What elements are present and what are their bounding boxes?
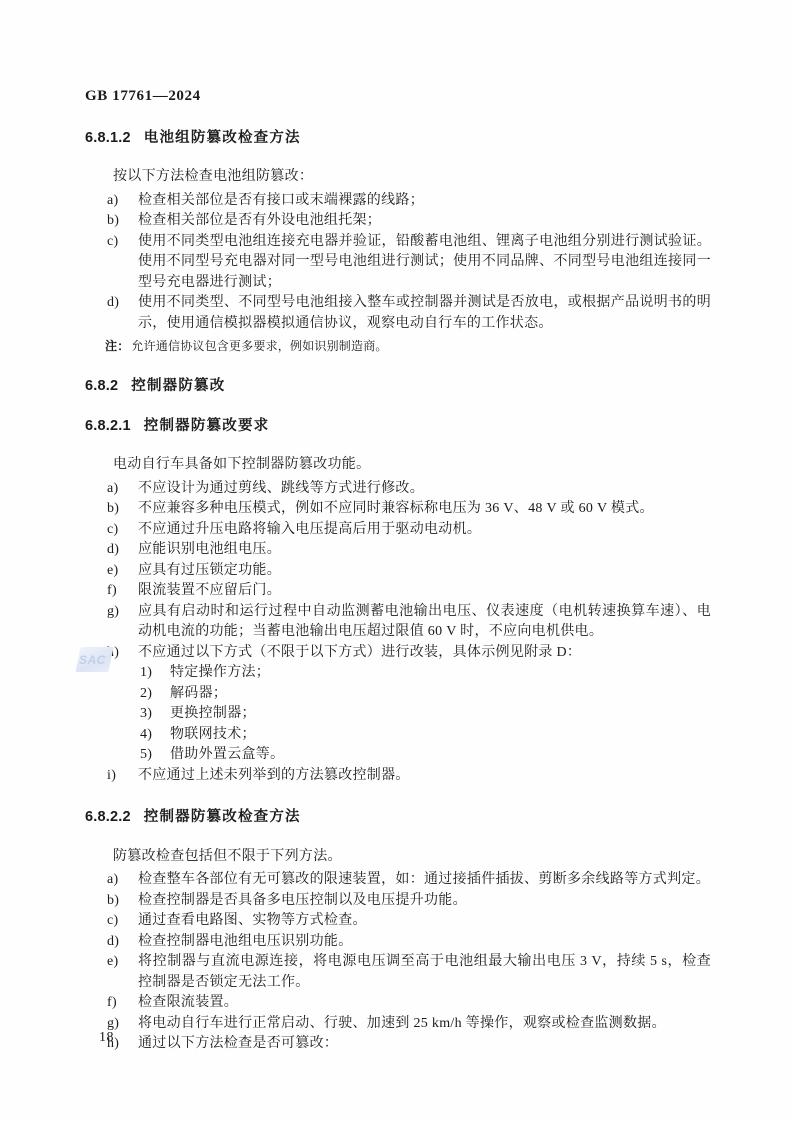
clause-heading-6-8-1-2: 6.8.1.2电池组防篡改检查方法 <box>85 128 711 149</box>
list-item: g) 应具有启动时和运行过程中自动监测蓄电池输出电压、仪表速度（电机转速换算车速… <box>107 602 711 643</box>
page-content: GB 17761—2024 6.8.1.2电池组防篡改检查方法 按以下方法检查电… <box>85 86 711 1055</box>
item-text: 检查相关部位是否有接口或末端裸露的线路； <box>138 191 711 212</box>
intro-paragraph: 防篡改检查包括但不限于下列方法。 <box>85 847 711 868</box>
sub-list-item: 2) 解码器； <box>140 684 711 705</box>
item-text: 更换控制器； <box>170 704 711 725</box>
item-label: f) <box>107 993 138 1014</box>
sub-list-item: 3) 更换控制器； <box>140 704 711 725</box>
item-text: 使用不同类型、不同型号电池组接入整车或控制器并测试是否放电，或根据产品说明书的明… <box>138 293 711 334</box>
clause-number: 6.8.2.2 <box>85 809 131 825</box>
lettered-list: a) 检查相关部位是否有接口或末端裸露的线路； b) 检查相关部位是否有外设电池… <box>85 191 711 335</box>
clause-number: 6.8.1.2 <box>85 130 131 146</box>
note-paragraph: 注：允许通信协议包含更多要求，例如识别制造商。 <box>105 338 711 355</box>
item-text: 通过查看电路图、实物等方式检查。 <box>138 911 711 932</box>
clause-heading-6-8-2: 6.8.2控制器防篡改 <box>85 376 711 397</box>
list-item: f) 检查限流装置。 <box>107 993 711 1014</box>
item-text: 解码器； <box>170 684 711 705</box>
item-text: 将电动自行车进行正常启动、行驶、加速到 25 km/h 等操作，观察或检查监测数… <box>138 1014 711 1035</box>
item-label: f) <box>107 581 138 602</box>
clause-heading-6-8-2-1: 6.8.2.1控制器防篡改要求 <box>85 416 711 437</box>
item-text: 检查相关部位是否有外设电池组托架； <box>138 211 711 232</box>
sac-watermark-text: SAC <box>79 653 106 667</box>
list-item: h) 通过以下方法检查是否可篡改： <box>107 1034 711 1055</box>
list-item: e) 将控制器与直流电源连接，将电源电压调至高于电池组最大输出电压 3 V，持续… <box>107 952 711 993</box>
clause-title: 控制器防篡改要求 <box>144 418 270 434</box>
item-text: 限流装置不应留后门。 <box>138 581 711 602</box>
lettered-list: a) 不应设计为通过剪线、跳线等方式进行修改。 b) 不应兼容多种电压模式，例如… <box>85 479 711 787</box>
item-label: a) <box>107 191 138 212</box>
document-page: GB 17761—2024 6.8.1.2电池组防篡改检查方法 按以下方法检查电… <box>0 0 793 1122</box>
clause-number: 6.8.2 <box>85 378 118 394</box>
list-item: e) 应具有过压锁定功能。 <box>107 561 711 582</box>
list-item: d) 使用不同类型、不同型号电池组接入整车或控制器并测试是否放电，或根据产品说明… <box>107 293 711 334</box>
item-label: d) <box>107 293 138 334</box>
item-text: 不应通过上述未列举到的方法篡改控制器。 <box>138 766 711 787</box>
note-label: 注： <box>105 339 129 353</box>
item-label: c) <box>107 232 138 294</box>
item-label: g) <box>107 602 138 643</box>
item-label: i) <box>107 766 138 787</box>
clause-number: 6.8.2.1 <box>85 418 131 434</box>
item-text: 特定操作方法； <box>170 663 711 684</box>
item-label: d) <box>107 932 138 953</box>
item-text: 检查控制器电池组电压识别功能。 <box>138 932 711 953</box>
sub-list-item: 4) 物联网技术； <box>140 725 711 746</box>
item-text: 应具有启动时和运行过程中自动监测蓄电池输出电压、仪表速度（电机转速换算车速）、电… <box>138 602 711 643</box>
standard-number-header: GB 17761—2024 <box>85 86 711 107</box>
list-item: b) 检查相关部位是否有外设电池组托架； <box>107 211 711 232</box>
list-item: d) 应能识别电池组电压。 <box>107 540 711 561</box>
list-item: d) 检查控制器电池组电压识别功能。 <box>107 932 711 953</box>
item-label: 5) <box>140 745 170 766</box>
item-label: 4) <box>140 725 170 746</box>
intro-paragraph: 电动自行车具备如下控制器防篡改功能。 <box>85 455 711 476</box>
item-label: b) <box>107 499 138 520</box>
item-text: 不应通过以下方式（不限于以下方式）进行改装，具体示例见附录 D： <box>138 643 711 664</box>
item-text: 不应兼容多种电压模式，例如不应同时兼容标称电压为 36 V、48 V 或 60 … <box>138 499 711 520</box>
item-label: 3) <box>140 704 170 725</box>
list-item: c) 使用不同类型电池组连接充电器并验证，铅酸蓄电池组、锂离子电池组分别进行测试… <box>107 232 711 294</box>
intro-paragraph: 按以下方法检查电池组防篡改： <box>85 167 711 188</box>
list-item: a) 不应设计为通过剪线、跳线等方式进行修改。 <box>107 479 711 500</box>
item-label: e) <box>107 952 138 993</box>
sub-list-item: 1) 特定操作方法； <box>140 663 711 684</box>
item-text: 应能识别电池组电压。 <box>138 540 711 561</box>
list-item: a) 检查整车各部位有无可篡改的限速装置，如：通过接插件插拔、剪断多余线路等方式… <box>107 870 711 891</box>
list-item: f) 限流装置不应留后门。 <box>107 581 711 602</box>
item-text: 检查限流装置。 <box>138 993 711 1014</box>
item-text: 使用不同类型电池组连接充电器并验证，铅酸蓄电池组、锂离子电池组分别进行测试验证。… <box>138 232 711 294</box>
item-label: 1) <box>140 663 170 684</box>
clause-title: 电池组防篡改检查方法 <box>144 130 301 146</box>
item-text: 检查整车各部位有无可篡改的限速装置，如：通过接插件插拔、剪断多余线路等方式判定。 <box>138 870 711 891</box>
clause-title: 控制器防篡改 <box>131 378 225 394</box>
list-item: g) 将电动自行车进行正常启动、行驶、加速到 25 km/h 等操作，观察或检查… <box>107 1014 711 1035</box>
list-item: h) 不应通过以下方式（不限于以下方式）进行改装，具体示例见附录 D： <box>107 643 711 664</box>
clause-heading-6-8-2-2: 6.8.2.2控制器防篡改检查方法 <box>85 807 711 828</box>
page-number: 18 <box>99 1030 114 1046</box>
list-item: a) 检查相关部位是否有接口或末端裸露的线路； <box>107 191 711 212</box>
item-label: a) <box>107 870 138 891</box>
note-text: 允许通信协议包含更多要求，例如识别制造商。 <box>131 339 387 353</box>
list-item: c) 通过查看电路图、实物等方式检查。 <box>107 911 711 932</box>
list-item: i) 不应通过上述未列举到的方法篡改控制器。 <box>107 766 711 787</box>
clause-title: 控制器防篡改检查方法 <box>144 809 301 825</box>
item-label: 2) <box>140 684 170 705</box>
item-label: e) <box>107 561 138 582</box>
item-label: b) <box>107 891 138 912</box>
list-item: b) 检查控制器是否具备多电压控制以及电压提升功能。 <box>107 891 711 912</box>
item-text: 不应设计为通过剪线、跳线等方式进行修改。 <box>138 479 711 500</box>
list-item: c) 不应通过升压电路将输入电压提高后用于驱动电动机。 <box>107 520 711 541</box>
sub-list-item: 5) 借助外置云盒等。 <box>140 745 711 766</box>
sac-watermark-logo: SAC <box>76 646 114 674</box>
item-text: 借助外置云盒等。 <box>170 745 711 766</box>
item-label: c) <box>107 520 138 541</box>
item-label: c) <box>107 911 138 932</box>
item-text: 检查控制器是否具备多电压控制以及电压提升功能。 <box>138 891 711 912</box>
item-text: 不应通过升压电路将输入电压提高后用于驱动电动机。 <box>138 520 711 541</box>
list-item: b) 不应兼容多种电压模式，例如不应同时兼容标称电压为 36 V、48 V 或 … <box>107 499 711 520</box>
item-label: a) <box>107 479 138 500</box>
item-label: d) <box>107 540 138 561</box>
item-text: 物联网技术； <box>170 725 711 746</box>
lettered-list: a) 检查整车各部位有无可篡改的限速装置，如：通过接插件插拔、剪断多余线路等方式… <box>85 870 711 1055</box>
item-text: 将控制器与直流电源连接，将电源电压调至高于电池组最大输出电压 3 V，持续 5 … <box>138 952 711 993</box>
item-label: b) <box>107 211 138 232</box>
item-text: 应具有过压锁定功能。 <box>138 561 711 582</box>
item-text: 通过以下方法检查是否可篡改： <box>138 1034 711 1055</box>
